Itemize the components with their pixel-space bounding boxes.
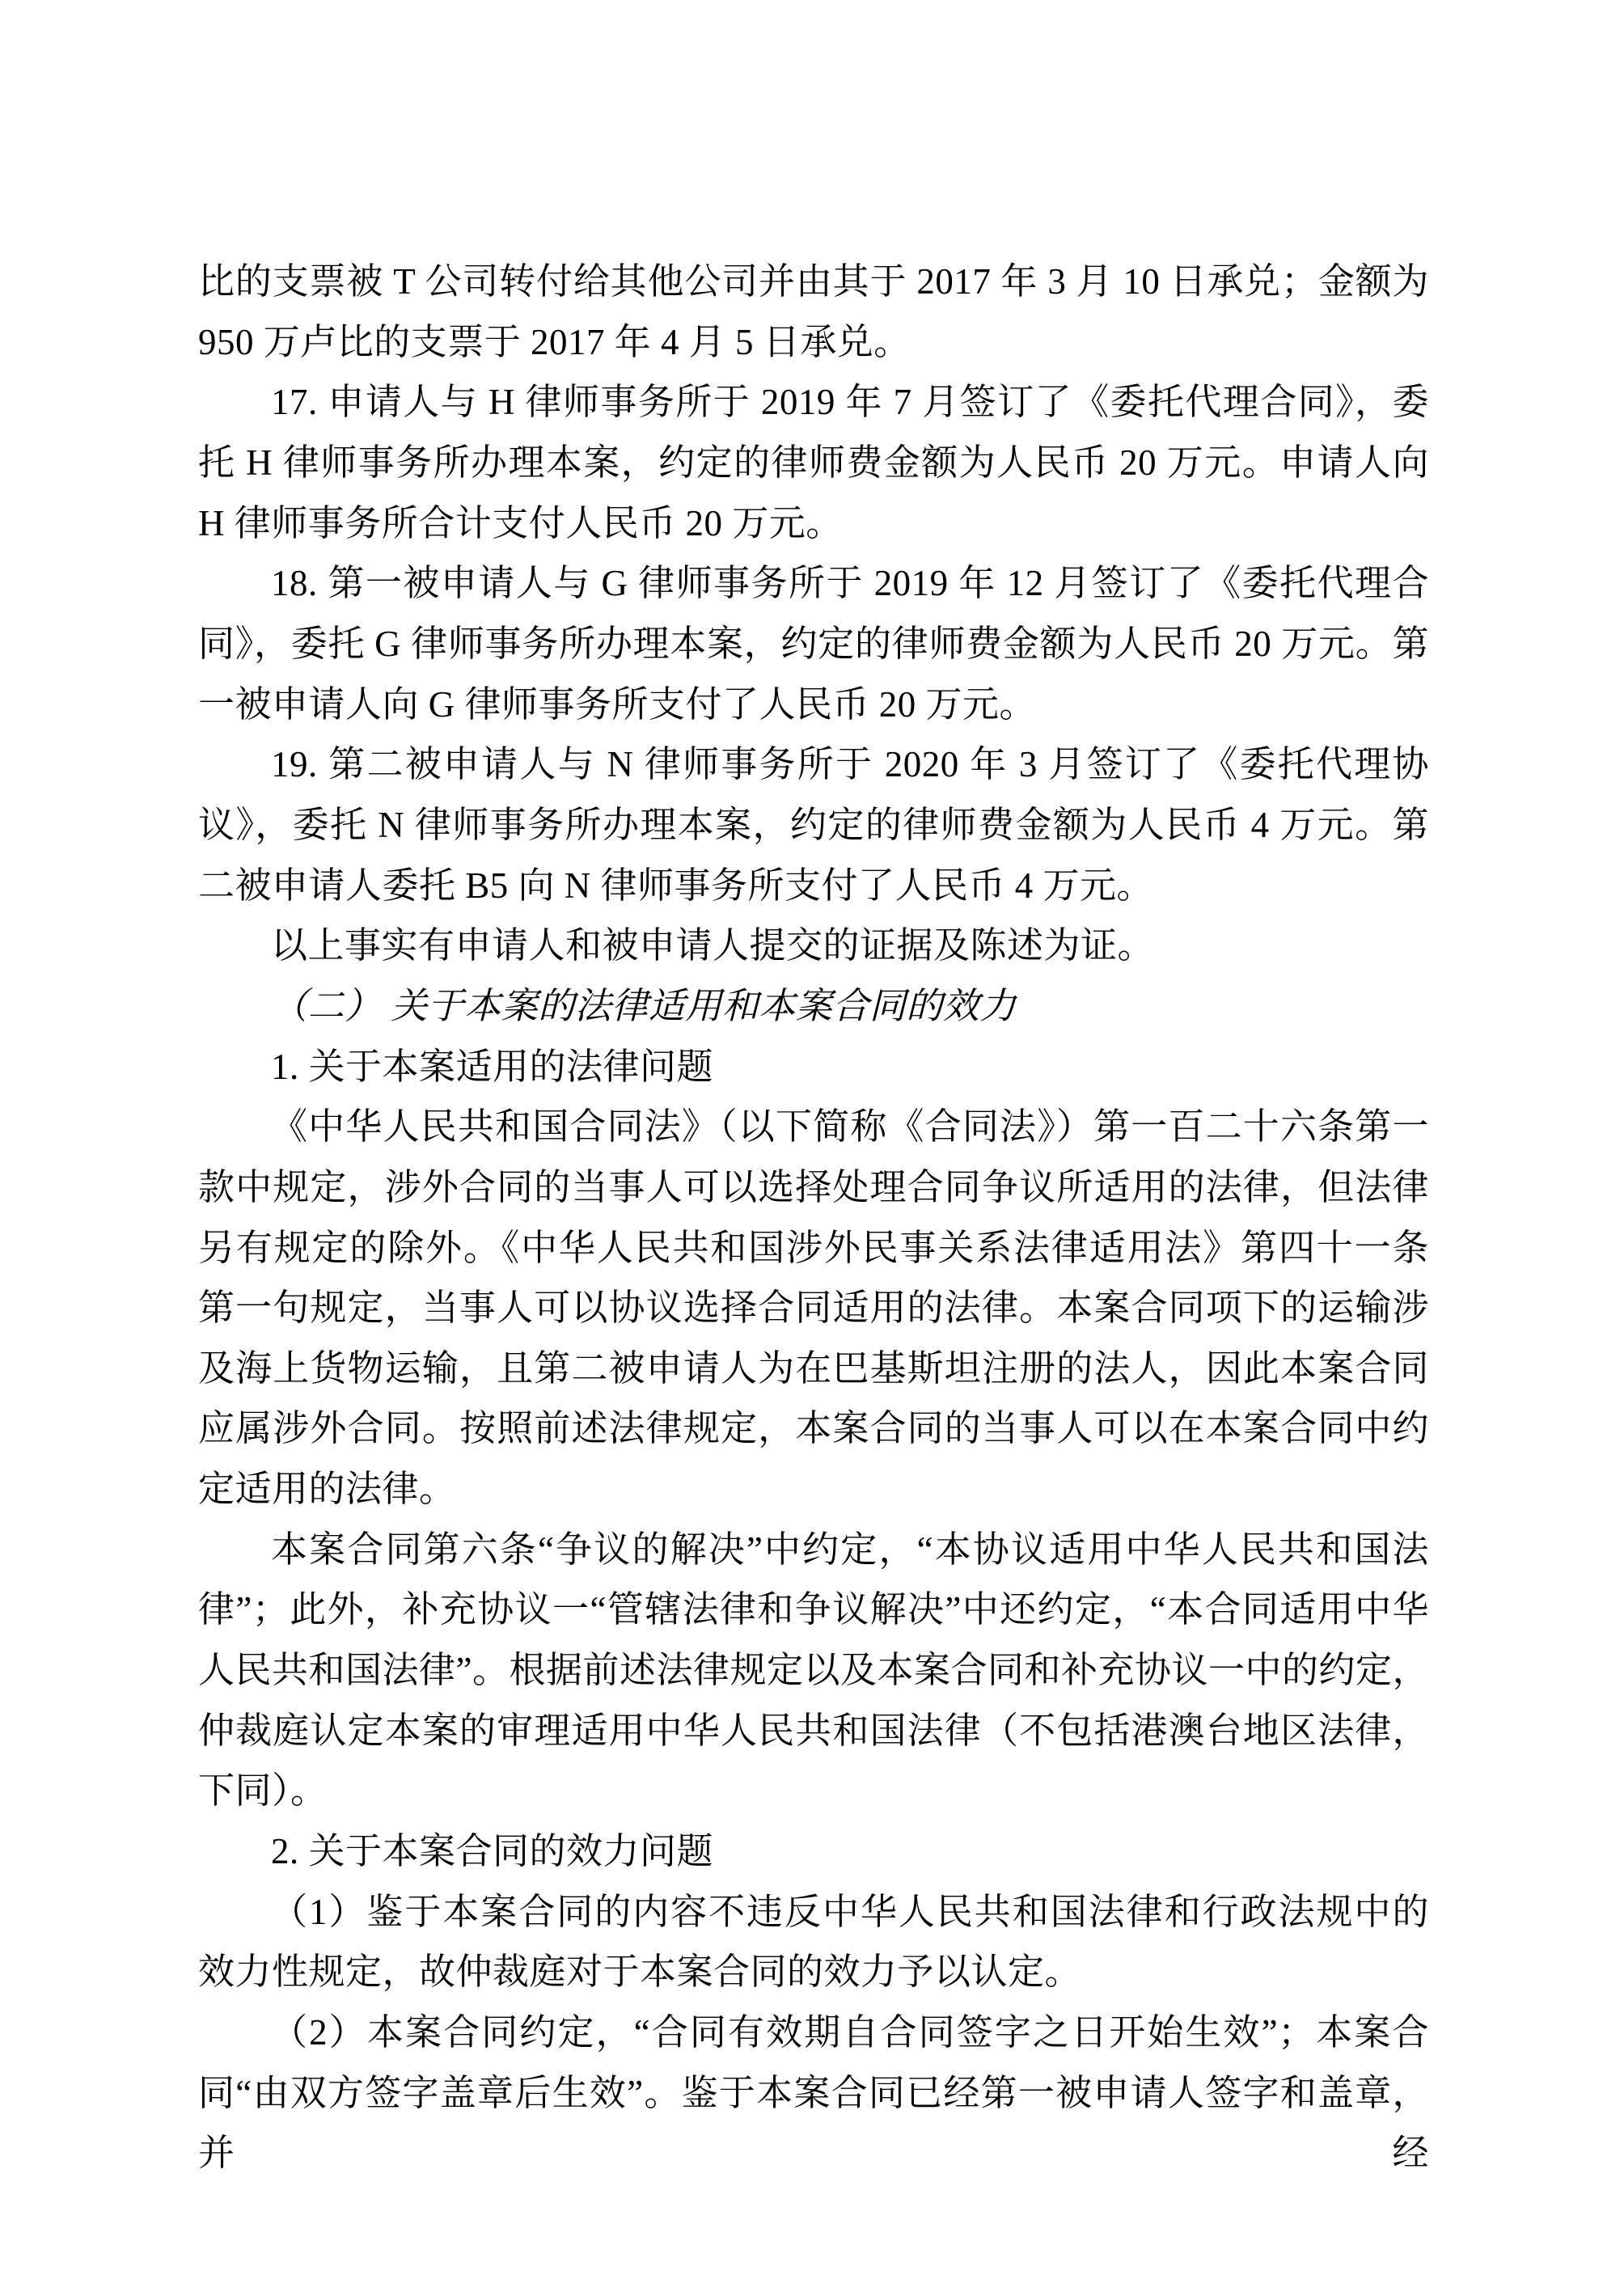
page-text-block: 比的支票被 T 公司转付给其他公司并由其于 2017 年 3 月 10 日承兑；… (198, 252, 1429, 2184)
para-contract-clause-six-governing-law: 本案合同第六条“争议的解决”中约定，“本协议适用中华人民共和国法律”；此外，补充… (198, 1520, 1429, 1821)
heading-item-1-applicable-law: 1. 关于本案适用的法律问题 (198, 1037, 1429, 1097)
para-item-19-law-firm-n: 19. 第二被申请人与 N 律师事务所于 2020 年 3 月签订了《委托代理协… (198, 734, 1429, 916)
para-applicable-law-analysis: 《中华人民共和国合同法》（以下简称《合同法》）第一百二十六条第一款中规定，涉外合… (198, 1097, 1429, 1520)
heading-section-two-law-application: （二） 关于本案的法律适用和本案合同的效力 (198, 976, 1429, 1037)
para-validity-point-2-cutoff: （2）本案合同约定，“合同有效期自合同签字之日开始生效”；本案合同“由双方签字盖… (198, 2002, 1429, 2184)
para-item-17-law-firm-h: 17. 申请人与 H 律师事务所于 2019 年 7 月签订了《委托代理合同》，… (198, 372, 1429, 553)
document-page: 比的支票被 T 公司转付给其他公司并由其于 2017 年 3 月 10 日承兑；… (0, 0, 1624, 2292)
para-evidence-statement: 以上事实有申请人和被申请人提交的证据及陈述为证。 (198, 916, 1429, 976)
para-cheque-acceptance-continuation: 比的支票被 T 公司转付给其他公司并由其于 2017 年 3 月 10 日承兑；… (198, 252, 1429, 372)
para-item-18-law-firm-g: 18. 第一被申请人与 G 律师事务所于 2019 年 12 月签订了《委托代理… (198, 553, 1429, 734)
para-validity-point-1: （1）鉴于本案合同的内容不违反中华人民共和国法律和行政法规中的效力性规定，故仲裁… (198, 1882, 1429, 2002)
heading-item-2-contract-validity: 2. 关于本案合同的效力问题 (198, 1821, 1429, 1882)
